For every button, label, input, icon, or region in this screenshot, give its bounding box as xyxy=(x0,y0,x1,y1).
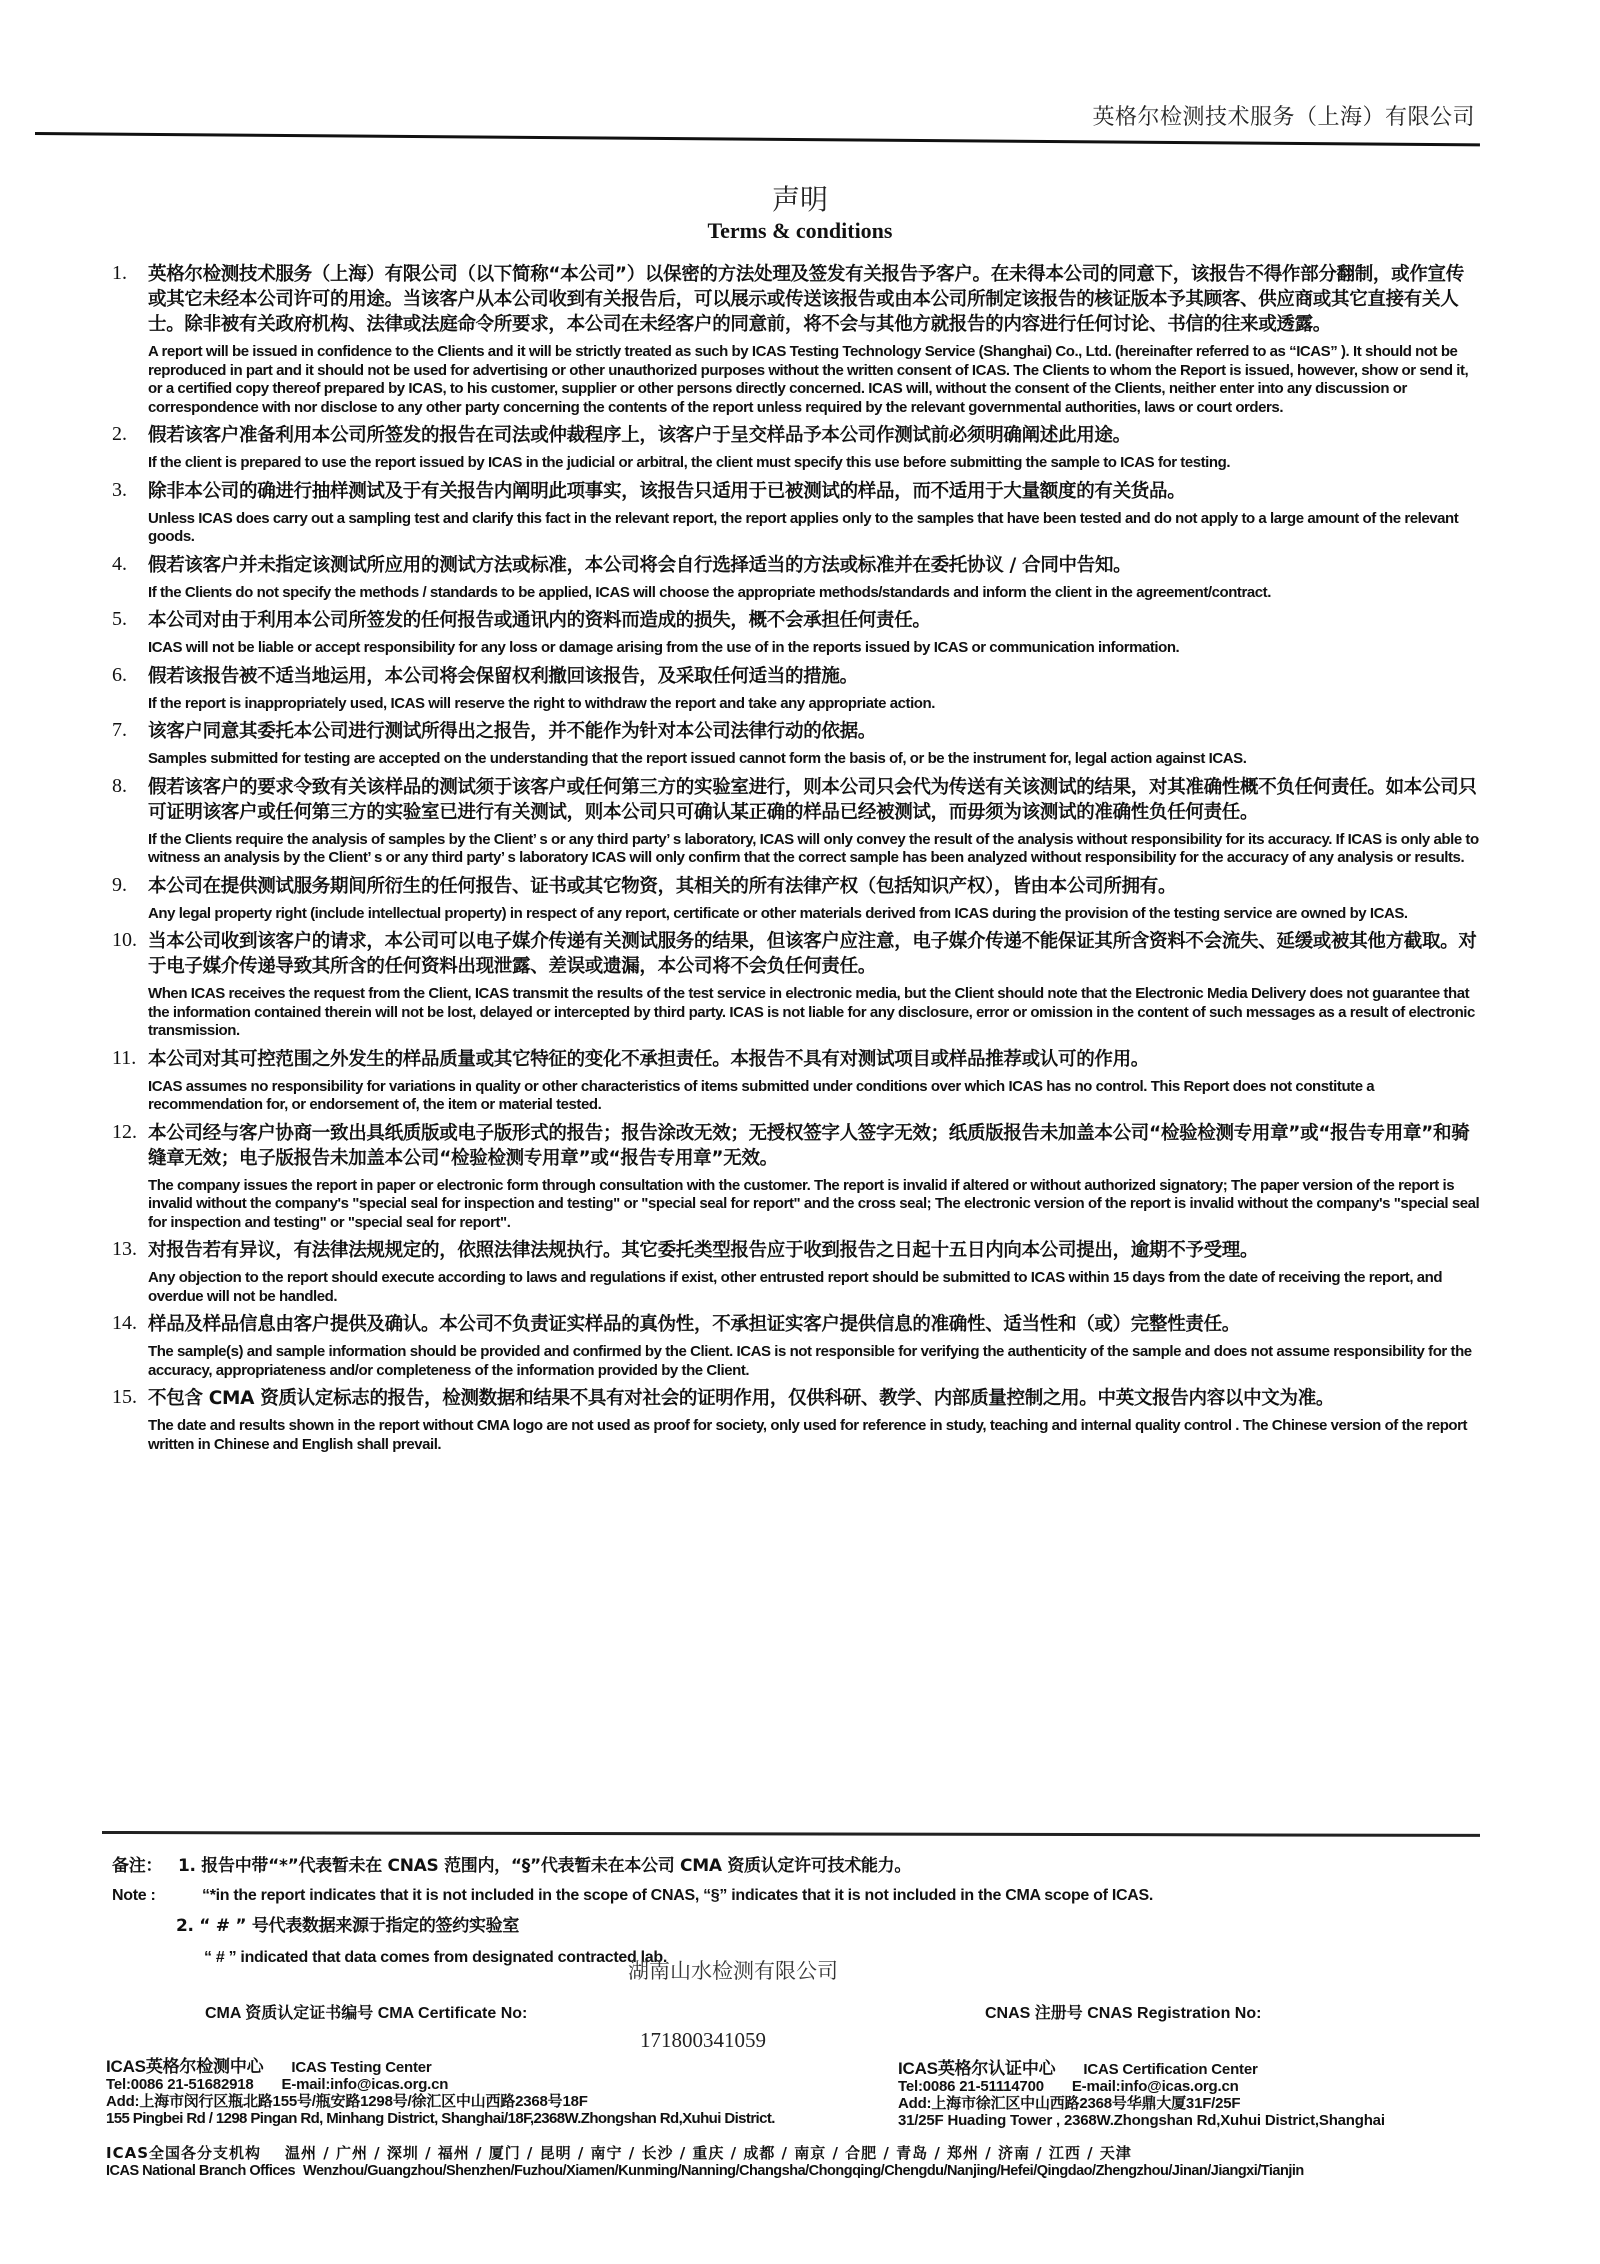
term-text-en: Unless ICAS does carry out a sampling te… xyxy=(148,510,1482,547)
document-page: 英格尔检测技术服务（上海）有限公司 声明 Terms & conditions … xyxy=(0,0,1600,2264)
notes-divider xyxy=(102,1831,1480,1837)
term-item-10: 10. 当本公司收到该客户的请求，本公司可以电子媒介传递有关测试服务的结果，但该… xyxy=(112,929,1482,1041)
testing-center-info: ICAS英格尔检测中心ICAS Testing Center Tel:0086 … xyxy=(106,2058,775,2127)
branch-offices: ICAS全国各分支机构温州 / 广州 / 深圳 / 福州 / 厦门 / 昆明 /… xyxy=(106,2144,1496,2180)
note-2-cn: 2. “ # ” 号代表数据来源于指定的签约实验室 xyxy=(112,1915,1492,1937)
term-item-7: 7. 该客户同意其委托本公司进行测试所得出之报告，并不能作为针对本公司法律行动的… xyxy=(112,719,1482,769)
term-item-15: 15. 不包含 CMA 资质认定标志的报告，检测数据和结果不具有对社会的证明作用… xyxy=(112,1386,1482,1454)
company-header: 英格尔检测技术服务（上海）有限公司 xyxy=(1092,100,1475,131)
certification-center-name-cn: ICAS英格尔认证中心 xyxy=(898,2059,1055,2078)
branch-cities-cn: 温州 / 广州 / 深圳 / 福州 / 厦门 / 昆明 / 南宁 / 长沙 / … xyxy=(285,2144,1132,2162)
term-item-4: 4. 假若该客户并未指定该测试所应用的测试方法或标准，本公司将会自行选择适当的方… xyxy=(112,553,1482,603)
certification-center-tel: Tel:0086 21-51114700 xyxy=(898,2078,1044,2095)
certification-center-address-cn: Add:上海市徐汇区中山西路2368号华鼎大厦31F/25F xyxy=(898,2095,1385,2112)
term-text-cn: 本公司对由于利用本公司所签发的任何报告或通讯内的资料而造成的损失，概不会承担任何… xyxy=(148,608,1482,633)
branch-label-cn: ICAS全国各分支机构 xyxy=(106,2144,261,2162)
term-text-cn: 英格尔检测技术服务（上海）有限公司（以下简称“本公司”）以保密的方法处理及签发有… xyxy=(148,262,1482,337)
term-text-cn: 本公司在提供测试服务期间所衍生的任何报告、证书或其它物资，其相关的所有法律产权（… xyxy=(148,874,1482,899)
cma-certificate-label: CMA 资质认定证书编号 CMA Certificate No: xyxy=(205,2000,527,2023)
term-item-2: 2. 假若该客户准备利用本公司所签发的报告在司法或仲裁程序上，该客户于呈交样品予… xyxy=(112,423,1482,473)
testing-center-name-cn: ICAS英格尔检测中心 xyxy=(106,2057,263,2076)
term-number: 6. xyxy=(112,664,127,687)
note-1-text-cn: 1. 报告中带“*”代表暂未在 CNAS 范围内，“§”代表暂未在本公司 CMA… xyxy=(178,1856,911,1876)
certification-center-email: E-mail:info@icas.org.cn xyxy=(1072,2078,1239,2095)
note-1-en: Note :“*in the report indicates that it … xyxy=(112,1885,1492,1907)
term-text-cn: 不包含 CMA 资质认定标志的报告，检测数据和结果不具有对社会的证明作用，仅供科… xyxy=(148,1386,1482,1411)
certification-center-address-en: 31/25F Huading Tower , 2368W.Zhongshan R… xyxy=(898,2112,1385,2129)
term-text-cn: 假若该报告被不适当地运用，本公司将会保留权利撤回该报告，及采取任何适当的措施。 xyxy=(148,664,1482,689)
term-text-en: Any legal property right (include intell… xyxy=(148,905,1482,924)
term-text-en: The date and results shown in the report… xyxy=(148,1417,1482,1454)
term-text-cn: 本公司经与客户协商一致出具纸质版或电子版形式的报告；报告涂改无效；无授权签字人签… xyxy=(148,1121,1482,1171)
term-item-6: 6. 假若该报告被不适当地运用，本公司将会保留权利撤回该报告，及采取任何适当的措… xyxy=(112,664,1482,714)
note-1-cn: 备注：1. 报告中带“*”代表暂未在 CNAS 范围内，“§”代表暂未在本公司 … xyxy=(112,1855,1492,1877)
note-label-cn: 备注： xyxy=(112,1855,178,1877)
term-item-11: 11. 本公司对其可控范围之外发生的样品质量或其它特征的变化不承担责任。本报告不… xyxy=(112,1047,1482,1115)
term-number: 15. xyxy=(112,1386,137,1409)
term-item-3: 3. 除非本公司的确进行抽样测试及于有关报告内阐明此项事实，该报告只适用于已被测… xyxy=(112,479,1482,547)
term-text-cn: 当本公司收到该客户的请求，本公司可以电子媒介传递有关测试服务的结果，但该客户应注… xyxy=(148,929,1482,979)
page-title-en: Terms & conditions xyxy=(0,218,1600,244)
page-title-cn: 声明 xyxy=(0,178,1600,218)
term-text-en: Samples submitted for testing are accept… xyxy=(148,750,1482,769)
term-text-en: If the report is inappropriately used, I… xyxy=(148,695,1482,714)
term-number: 11. xyxy=(112,1047,136,1070)
terms-list: 1. 英格尔检测技术服务（上海）有限公司（以下简称“本公司”）以保密的方法处理及… xyxy=(112,262,1482,1460)
term-number: 4. xyxy=(112,553,127,576)
term-text-en: ICAS assumes no responsibility for varia… xyxy=(148,1078,1482,1115)
term-text-en: If the Clients require the analysis of s… xyxy=(148,831,1482,868)
term-number: 2. xyxy=(112,423,127,446)
term-item-8: 8. 假若该客户的要求令致有关该样品的测试须于该客户或任何第三方的实验室进行，则… xyxy=(112,775,1482,868)
cma-certificate-number: 171800341059 xyxy=(640,2028,766,2053)
term-text-cn: 假若该客户的要求令致有关该样品的测试须于该客户或任何第三方的实验室进行，则本公司… xyxy=(148,775,1482,825)
header-divider xyxy=(35,132,1480,146)
notes-section: 备注：1. 报告中带“*”代表暂未在 CNAS 范围内，“§”代表暂未在本公司 … xyxy=(112,1855,1492,1969)
term-text-en: If the Clients do not specify the method… xyxy=(148,584,1482,603)
certification-center-info: ICAS英格尔认证中心ICAS Certification Center Tel… xyxy=(898,2060,1385,2129)
term-number: 12. xyxy=(112,1121,137,1144)
testing-center-email: E-mail:info@icas.org.cn xyxy=(282,2076,449,2093)
term-item-12: 12. 本公司经与客户协商一致出具纸质版或电子版形式的报告；报告涂改无效；无授权… xyxy=(112,1121,1482,1233)
note-1-text-en: “*in the report indicates that it is not… xyxy=(202,1887,1153,1904)
term-text-cn: 假若该客户并未指定该测试所应用的测试方法或标准，本公司将会自行选择适当的方法或标… xyxy=(148,553,1482,578)
testing-center-address-cn: Add:上海市闵行区瓶北路155号/瓶安路1298号/徐汇区中山西路2368号1… xyxy=(106,2093,775,2110)
term-number: 14. xyxy=(112,1312,137,1335)
testing-center-address-en: 155 Pingbei Rd / 1298 Pingan Rd, Minhang… xyxy=(106,2110,775,2127)
term-item-9: 9. 本公司在提供测试服务期间所衍生的任何报告、证书或其它物资，其相关的所有法律… xyxy=(112,874,1482,924)
contracted-lab-stamp: 湖南山水检测有限公司 xyxy=(628,1955,838,1985)
term-text-cn: 该客户同意其委托本公司进行测试所得出之报告，并不能作为针对本公司法律行动的依据。 xyxy=(148,719,1482,744)
term-text-en: A report will be issued in confidence to… xyxy=(148,343,1482,417)
term-item-13: 13. 对报告若有异议，有法律法规规定的，依照法律法规执行。其它委托类型报告应于… xyxy=(112,1238,1482,1306)
testing-center-tel: Tel:0086 21-51682918 xyxy=(106,2076,254,2093)
term-text-cn: 对报告若有异议，有法律法规规定的，依照法律法规执行。其它委托类型报告应于收到报告… xyxy=(148,1238,1482,1263)
term-number: 1. xyxy=(112,262,127,285)
term-number: 9. xyxy=(112,874,127,897)
term-text-cn: 本公司对其可控范围之外发生的样品质量或其它特征的变化不承担责任。本报告不具有对测… xyxy=(148,1047,1482,1072)
note-label-en: Note : xyxy=(112,1885,202,1907)
testing-center-name-en: ICAS Testing Center xyxy=(291,2059,431,2076)
term-text-en: ICAS will not be liable or accept respon… xyxy=(148,639,1482,658)
term-number: 7. xyxy=(112,719,127,742)
term-item-5: 5. 本公司对由于利用本公司所签发的任何报告或通讯内的资料而造成的损失，概不会承… xyxy=(112,608,1482,658)
term-number: 8. xyxy=(112,775,127,798)
term-number: 5. xyxy=(112,608,127,631)
term-text-en: Any objection to the report should execu… xyxy=(148,1269,1482,1306)
term-text-cn: 除非本公司的确进行抽样测试及于有关报告内阐明此项事实，该报告只适用于已被测试的样… xyxy=(148,479,1482,504)
term-text-en: When ICAS receives the request from the … xyxy=(148,985,1482,1041)
term-item-14: 14. 样品及样品信息由客户提供及确认。本公司不负责证实样品的真伪性，不承担证实… xyxy=(112,1312,1482,1380)
certification-center-name-en: ICAS Certification Center xyxy=(1083,2061,1257,2078)
term-text-en: The sample(s) and sample information sho… xyxy=(148,1343,1482,1380)
term-number: 3. xyxy=(112,479,127,502)
term-text-cn: 样品及样品信息由客户提供及确认。本公司不负责证实样品的真伪性，不承担证实客户提供… xyxy=(148,1312,1482,1337)
term-text-cn: 假若该客户准备利用本公司所签发的报告在司法或仲裁程序上，该客户于呈交样品予本公司… xyxy=(148,423,1482,448)
cnas-registration-label: CNAS 注册号 CNAS Registration No: xyxy=(985,2000,1261,2023)
term-text-en: If the client is prepared to use the rep… xyxy=(148,454,1482,473)
term-number: 13. xyxy=(112,1238,137,1261)
branch-cities-en: Wenzhou/Guangzhou/Shenzhen/Fuzhou/Xiamen… xyxy=(303,2163,1304,2179)
term-number: 10. xyxy=(112,929,137,952)
term-item-1: 1. 英格尔检测技术服务（上海）有限公司（以下简称“本公司”）以保密的方法处理及… xyxy=(112,262,1482,417)
term-text-en: The company issues the report in paper o… xyxy=(148,1177,1482,1233)
branch-label-en: ICAS National Branch Offices xyxy=(106,2163,295,2179)
